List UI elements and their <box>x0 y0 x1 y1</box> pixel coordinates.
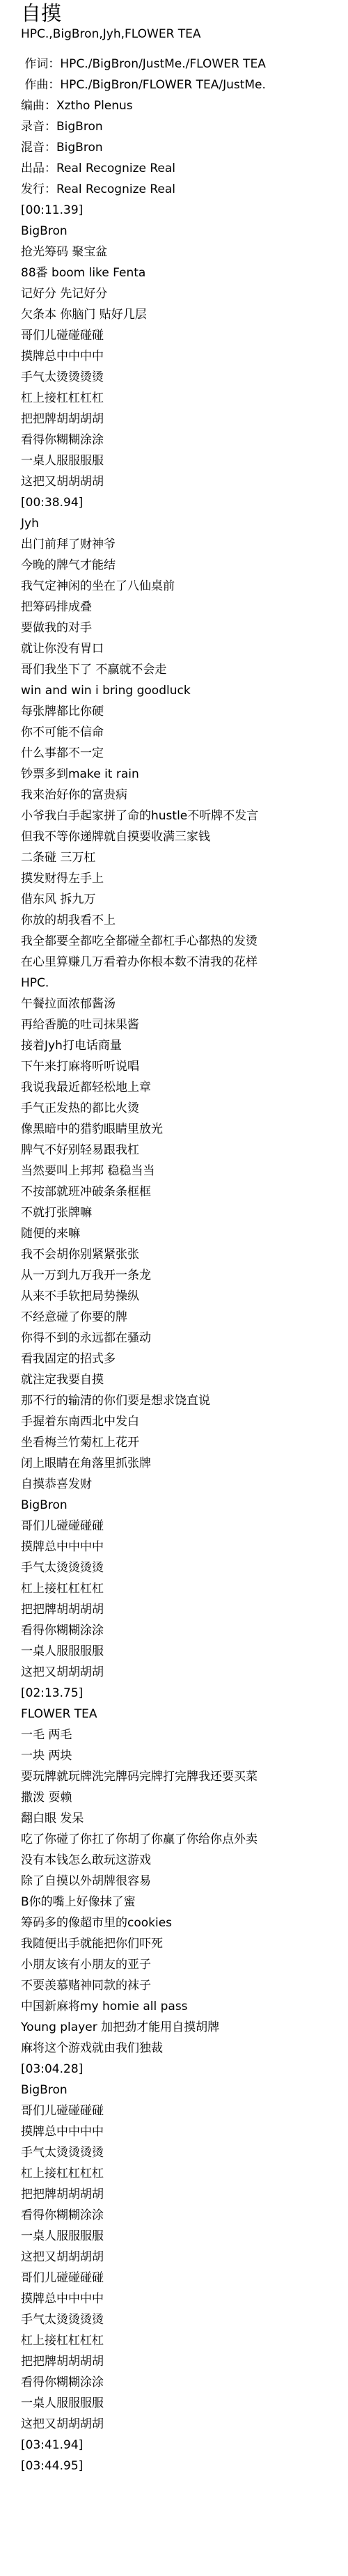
lyric-line: 抢光筹码 聚宝盆 <box>21 242 266 262</box>
lyric-line: win and win i bring goodluck <box>21 680 266 701</box>
lyric-line: 那不行的输清的你们要是想求饶直说 <box>21 1390 266 1411</box>
lyric-line: 随便的来嘛 <box>21 1223 266 1244</box>
lyric-line: 把把牌胡胡胡胡 <box>21 1599 266 1620</box>
lyric-line: 一桌人服服服服 <box>21 450 266 471</box>
lyric-line: 我随便出手就能把你们吓死 <box>21 1933 266 1954</box>
lyric-line: 杠上接杠杠杠杠 <box>21 2163 266 2184</box>
lyric-line: 麻将这个游戏就由我们独裁 <box>21 2038 266 2059</box>
credit-lyricist: 作词：HPC./BigBron/JustMe./FLOWER TEA <box>21 54 266 74</box>
lyric-line: 要做我的对手 <box>21 618 266 638</box>
lyric-line: 把筹码排成叠 <box>21 597 266 618</box>
lyric-line: 把把牌胡胡胡胡 <box>21 409 266 430</box>
lyric-line: 杠上接杠杠杠杠 <box>21 2330 266 2351</box>
lyric-line: 不要羡慕赌神同款的袜子 <box>21 1975 266 1996</box>
song-title: 自摸 <box>21 0 341 26</box>
lyric-line: 88番 boom like Fenta <box>21 262 266 283</box>
lyrics-page: 自摸 HPC.,BigBron,Jyh,FLOWER TEA 作词：HPC./B… <box>21 0 341 42</box>
lyric-line: HPC. <box>21 973 266 994</box>
lyric-timestamp: [03:04.28] <box>21 2059 266 2080</box>
lyric-line: 这把又胡胡胡胡 <box>21 1662 266 1683</box>
lyric-line: 欠条本 你脑门 贴好几层 <box>21 304 266 325</box>
lyric-line: 就让你没有胃口 <box>21 638 266 659</box>
lyric-line: BigBron <box>21 2080 266 2100</box>
lyric-line: 这把又胡胡胡胡 <box>21 471 266 492</box>
lyric-line: 看得你糊糊涂涂 <box>21 2205 266 2226</box>
lyric-line: 哥们儿碰碰碰碰 <box>21 2100 266 2121</box>
lyric-line: 记好分 先记好分 <box>21 283 266 304</box>
lyric-line: 手气太烫烫烫烫 <box>21 367 266 388</box>
lyric-line: 手气太烫烫烫烫 <box>21 2309 266 2330</box>
lyric-line: 筹码多的像超市里的cookies <box>21 1913 266 1933</box>
lyric-line: 闭上眼睛在角落里抓张牌 <box>21 1453 266 1474</box>
lyric-line: 中国新麻将my homie all pass <box>21 1996 266 2017</box>
lyric-line: 在心里算赚几万看着办你根本数不清我的花样 <box>21 952 266 973</box>
lyric-line: B你的嘴上好像抹了蜜 <box>21 1892 266 1913</box>
lyrics-list: 作词：HPC./BigBron/JustMe./FLOWER TEA 作曲：HP… <box>21 54 266 2476</box>
lyric-line: 我气定神闲的坐在了八仙桌前 <box>21 576 266 597</box>
lyric-line: 我来治好你的富贵病 <box>21 785 266 806</box>
lyric-line: 摸牌总中中中中 <box>21 2121 266 2142</box>
lyric-timestamp: [00:11.39] <box>21 200 266 221</box>
lyric-line: FLOWER TEA <box>21 1704 266 1725</box>
lyric-line: 你放的胡我看不上 <box>21 910 266 931</box>
credit-producer: 出品：Real Recognize Real <box>21 158 266 179</box>
lyric-line: 手气太烫烫烫烫 <box>21 2142 266 2163</box>
lyric-line: 这把又胡胡胡胡 <box>21 2247 266 2268</box>
lyric-line: 我全都要全都吃全都碰全都杠手心都热的发烫 <box>21 931 266 952</box>
lyric-line: 一桌人服服服服 <box>21 1641 266 1662</box>
lyric-line: 要玩牌就玩牌洗完牌码完牌打完牌我还要买菜 <box>21 1766 266 1787</box>
lyric-line: 午餐拉面浓郁酱汤 <box>21 994 266 1014</box>
credit-composer: 作曲：HPC./BigBron/FLOWER TEA/JustMe. <box>21 74 266 95</box>
lyric-line: 哥们儿碰碰碰碰 <box>21 2268 266 2288</box>
lyric-line: BigBron <box>21 1495 266 1516</box>
lyric-line: 不就打张牌嘛 <box>21 1202 266 1223</box>
lyric-timestamp: [03:44.95] <box>21 2456 266 2476</box>
lyric-line: 把把牌胡胡胡胡 <box>21 2184 266 2205</box>
lyric-line: 小朋友该有小朋友的亚子 <box>21 1954 266 1975</box>
lyric-line: 我不会胡你别紧紧张张 <box>21 1244 266 1265</box>
lyric-line: 没有本钱怎么敢玩这游戏 <box>21 1850 266 1871</box>
lyric-line: 一桌人服服服服 <box>21 2393 266 2414</box>
lyric-line: 看我固定的招式多 <box>21 1349 266 1369</box>
lyric-line: 手气太烫烫烫烫 <box>21 1557 266 1578</box>
lyric-line: 接着Jyh打电话商量 <box>21 1035 266 1056</box>
lyric-line: 再给香脆的吐司抹果酱 <box>21 1014 266 1035</box>
lyric-line: 一块 两块 <box>21 1745 266 1766</box>
lyric-line: 像黑暗中的猎豹眼睛里放光 <box>21 1119 266 1140</box>
lyric-line: 吃了你碰了你扛了你胡了你赢了你给你点外卖 <box>21 1829 266 1850</box>
lyric-timestamp: [00:38.94] <box>21 492 266 513</box>
lyric-line: 撒泼 耍赖 <box>21 1787 266 1808</box>
credit-publisher: 发行：Real Recognize Real <box>21 179 266 200</box>
lyric-line: 自摸恭喜发财 <box>21 1474 266 1495</box>
lyric-line: 脾气不好别轻易跟我杠 <box>21 1140 266 1161</box>
lyric-line: 摸牌总中中中中 <box>21 346 266 367</box>
lyric-line: Jyh <box>21 513 266 534</box>
lyric-line: 摸发财得左手上 <box>21 868 266 889</box>
lyric-line: 看得你糊糊涂涂 <box>21 2372 266 2393</box>
lyric-line: 二条碰 三万杠 <box>21 847 266 868</box>
lyric-line: 杠上接杠杠杠杠 <box>21 388 266 409</box>
lyric-line: 我说我最近都轻松地上章 <box>21 1077 266 1098</box>
lyric-line: 你得不到的永远都在骚动 <box>21 1328 266 1349</box>
lyric-line: 不按部就班冲破条条框框 <box>21 1181 266 1202</box>
song-artists: HPC.,BigBron,Jyh,FLOWER TEA <box>21 26 341 42</box>
credit-mixing: 混音：BigBron <box>21 137 266 158</box>
lyric-line: 钞票多到make it rain <box>21 764 266 785</box>
lyric-line: 借东风 拆九万 <box>21 889 266 910</box>
lyric-line: 手气正发热的都比火烫 <box>21 1098 266 1119</box>
lyric-line: 一桌人服服服服 <box>21 2226 266 2247</box>
lyric-line: 摸牌总中中中中 <box>21 1537 266 1557</box>
lyric-line: 就注定我要自摸 <box>21 1369 266 1390</box>
lyric-line: 这把又胡胡胡胡 <box>21 2414 266 2435</box>
lyric-line: 坐看梅兰竹菊杠上花开 <box>21 1432 266 1453</box>
lyric-timestamp: [02:13.75] <box>21 1683 266 1704</box>
lyric-line: 但我不等你递牌就自摸要收满三家钱 <box>21 826 266 847</box>
lyric-line: 从一万到九万我开一条龙 <box>21 1265 266 1286</box>
lyric-line: Young player 加把劲才能用自摸胡牌 <box>21 2017 266 2038</box>
lyric-line: 出门前拜了财神爷 <box>21 534 266 555</box>
lyric-line: 把把牌胡胡胡胡 <box>21 2351 266 2372</box>
lyric-line: 哥们儿碰碰碰碰 <box>21 1516 266 1537</box>
lyric-line: 摸牌总中中中中 <box>21 2288 266 2309</box>
lyric-timestamp: [03:41.94] <box>21 2435 266 2456</box>
lyric-line: 哥们我坐下了 不赢就不会走 <box>21 659 266 680</box>
lyric-line: 从来不手软把局势操纵 <box>21 1286 266 1307</box>
credit-recording: 录音：BigBron <box>21 116 266 137</box>
lyric-line: 今晚的牌气才能结 <box>21 555 266 576</box>
lyric-line: 每张牌都比你硬 <box>21 701 266 722</box>
lyric-line: 看得你糊糊涂涂 <box>21 1620 266 1641</box>
lyric-line: 看得你糊糊涂涂 <box>21 430 266 450</box>
lyric-line: 当然要叫上邦邦 稳稳当当 <box>21 1161 266 1181</box>
lyric-line: BigBron <box>21 221 266 242</box>
lyric-line: 哥们儿碰碰碰碰 <box>21 325 266 346</box>
lyric-line: 杠上接杠杠杠杠 <box>21 1578 266 1599</box>
lyric-line: 下午来打麻将听听说唱 <box>21 1056 266 1077</box>
credit-arranger: 编曲：Xztho Plenus <box>21 95 266 116</box>
lyric-line: 你不可能不信命 <box>21 722 266 743</box>
lyric-line: 除了自摸以外胡牌很容易 <box>21 1871 266 1892</box>
lyric-line: 什么事都不一定 <box>21 743 266 764</box>
lyric-line: 翻白眼 发呆 <box>21 1808 266 1829</box>
lyric-line: 手握着东南西北中发白 <box>21 1411 266 1432</box>
lyric-line: 不经意碰了你要的牌 <box>21 1307 266 1328</box>
lyric-line: 一毛 两毛 <box>21 1725 266 1745</box>
lyric-line: 小爷我白手起家拼了命的hustle不听牌不发言 <box>21 806 266 826</box>
